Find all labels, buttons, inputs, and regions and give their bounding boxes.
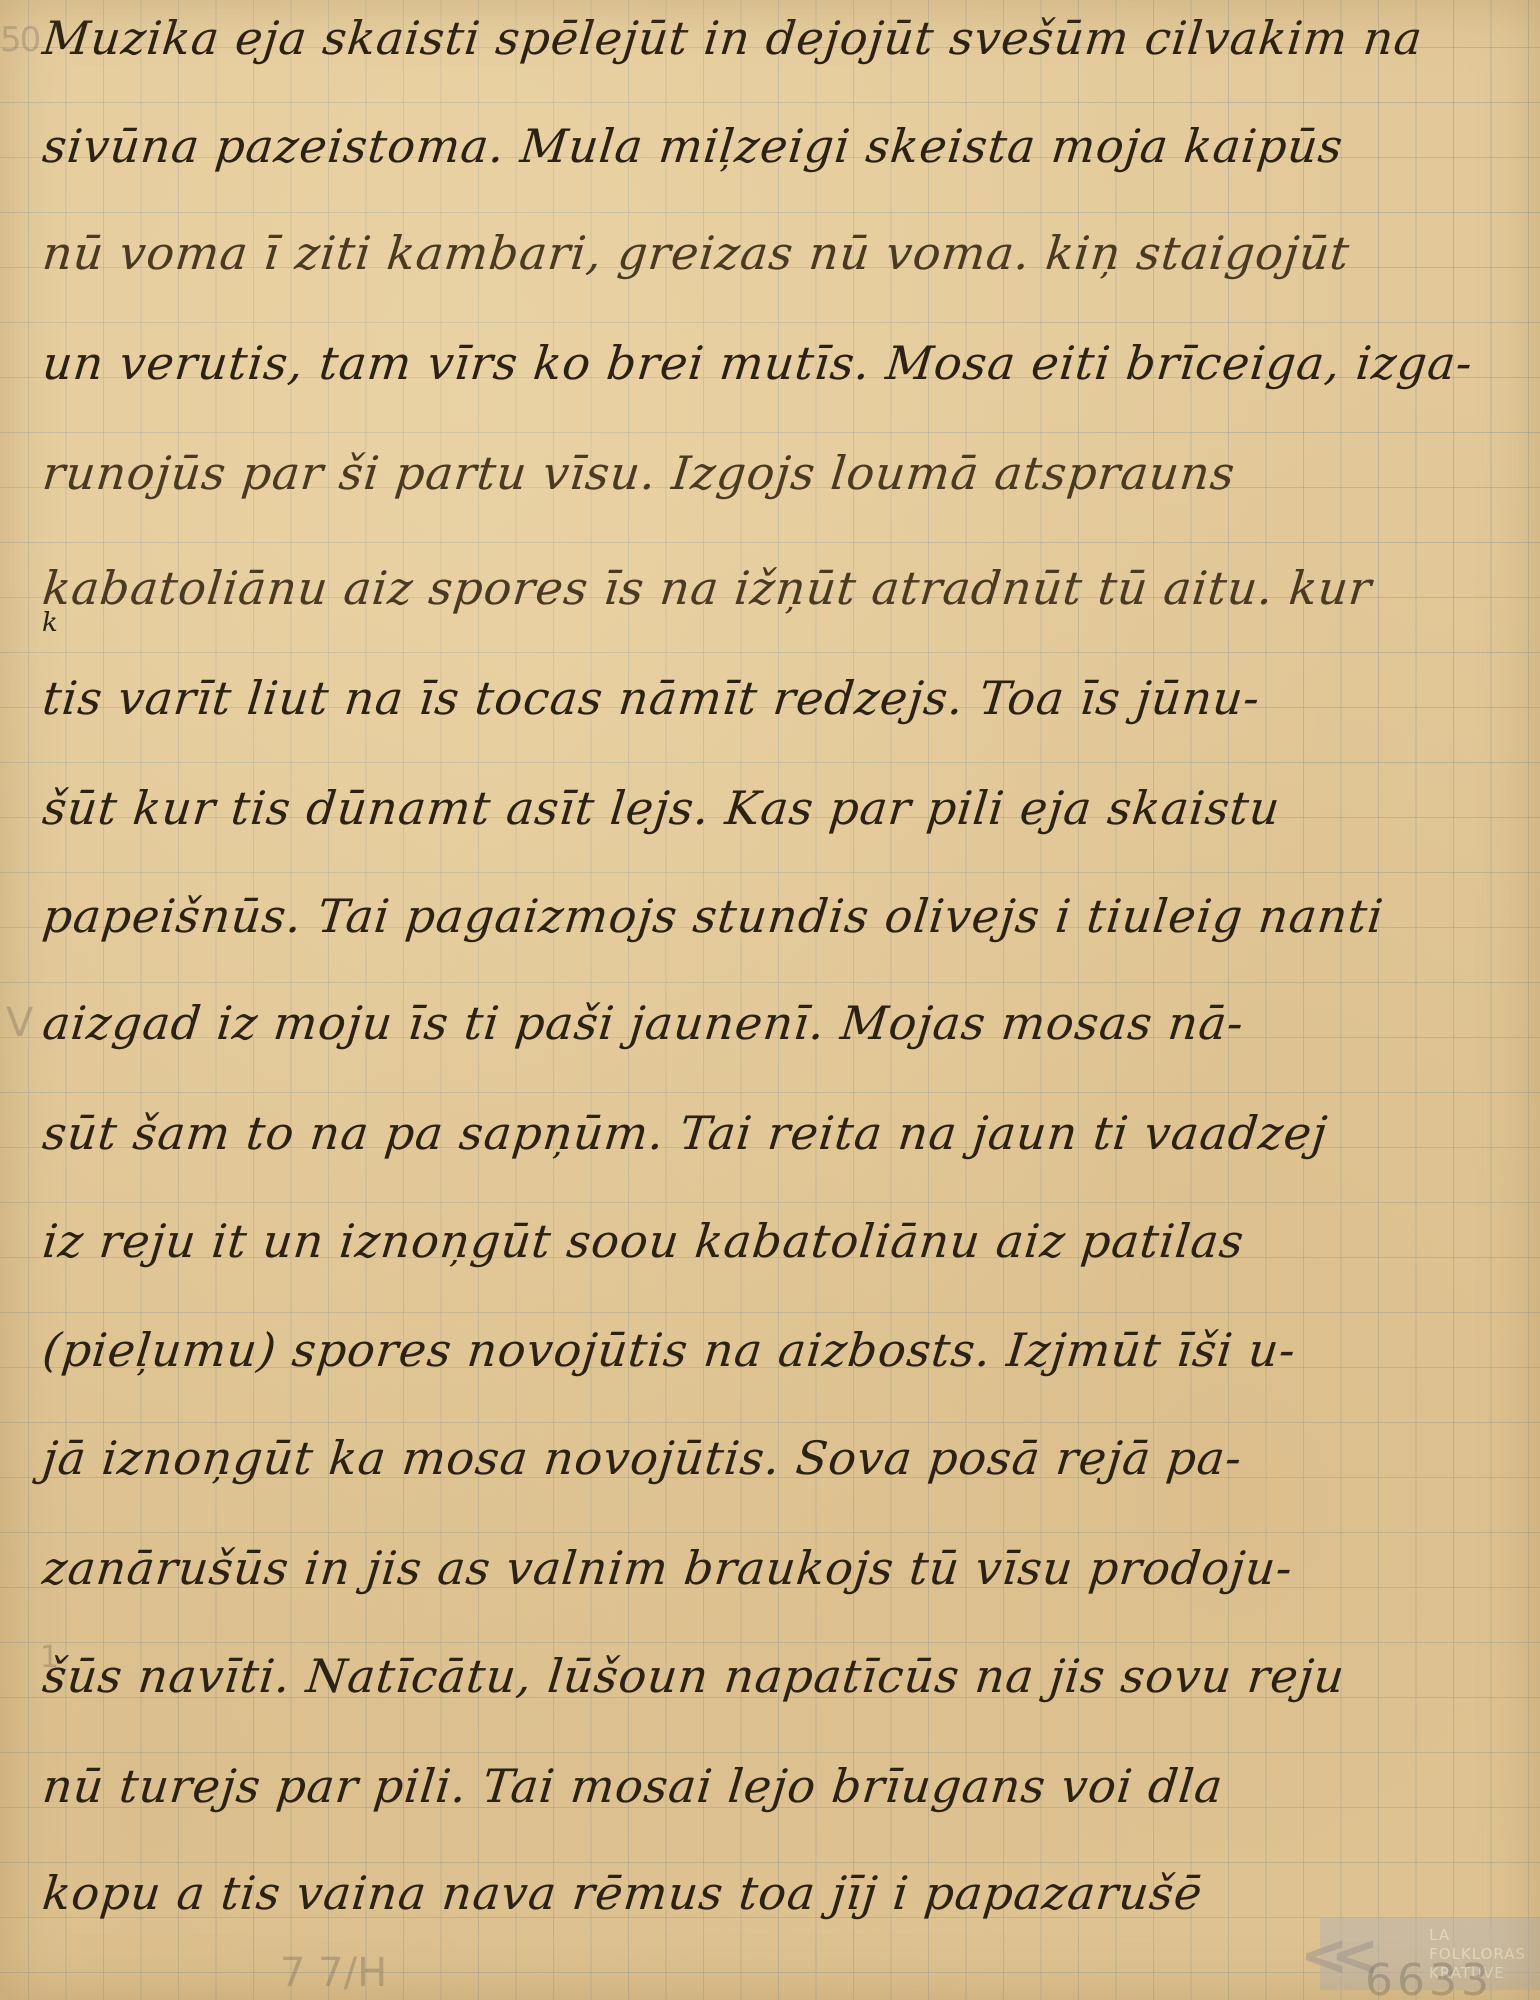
text-line-15: zanārušūs in jis as valnim braukojs tū v…	[40, 1540, 1526, 1596]
text-line-12: iz reju it un iznoņgūt soou kabatoliānu …	[40, 1213, 1526, 1269]
text-line-17: nū turejs par pili. Tai mosai lejo brīug…	[40, 1758, 1526, 1814]
pencil-mark-bottom: 7 7/H	[280, 1950, 387, 1996]
text-line-13: (pieļumu) spores novojūtis na aizbosts. …	[40, 1322, 1526, 1378]
archive-number: 6633	[1365, 1955, 1493, 2000]
text-line-16: šūs navīti. Natīcātu, lūšoun napatīcūs n…	[40, 1648, 1526, 1704]
text-line-9: papeišnūs. Tai pagaizmojs stundis olivej…	[40, 888, 1526, 944]
text-line-4: un verutis, tam vīrs ko brei mutīs. Mosa…	[40, 335, 1526, 391]
text-line-6: kabatoliānu aiz spores īs na ižņūt atrad…	[40, 560, 1526, 616]
stamp-line-1: LA	[1429, 1926, 1526, 1945]
text-line-11: sūt šam to na pa sapņūm. Tai reita na ja…	[40, 1105, 1526, 1161]
text-line-10: aizgad iz moju īs ti paši jaunenī. Mojas…	[40, 995, 1526, 1051]
interlinear-insertion: k	[42, 608, 58, 638]
text-line-8: šūt kur tis dūnamt asīt lejs. Kas par pi…	[40, 780, 1526, 836]
text-line-5: runojūs par ši partu vīsu. Izgojs loumā …	[40, 445, 1526, 501]
handwritten-text-block: Muzika eja skaisti spēlejūt in dejojūt s…	[0, 0, 1540, 2000]
text-line-14: jā iznoņgūt ka mosa novojūtis. Sova posā…	[40, 1430, 1526, 1486]
text-line-3: nū voma ī ziti kambari, greizas nū voma.…	[40, 225, 1526, 281]
text-line-18: kopu a tis vaina nava rēmus toa jīj i pa…	[40, 1865, 1526, 1921]
text-line-1: Muzika eja skaisti spēlejūt in dejojūt s…	[40, 10, 1526, 66]
manuscript-page: 50 Muzika eja skaisti spēlejūt in dejojū…	[0, 0, 1540, 2000]
text-line-2: sivūna pazeistoma. Mula miļzeigi skeista…	[40, 118, 1526, 174]
chevron-logo-icon: <<	[1300, 1926, 1361, 1984]
pencil-mark-margin: V	[6, 1000, 33, 1046]
pencil-mark-margin-2: 1	[40, 1640, 59, 1675]
text-line-7: tis varīt liut na īs tocas nāmīt redzejs…	[40, 670, 1526, 726]
